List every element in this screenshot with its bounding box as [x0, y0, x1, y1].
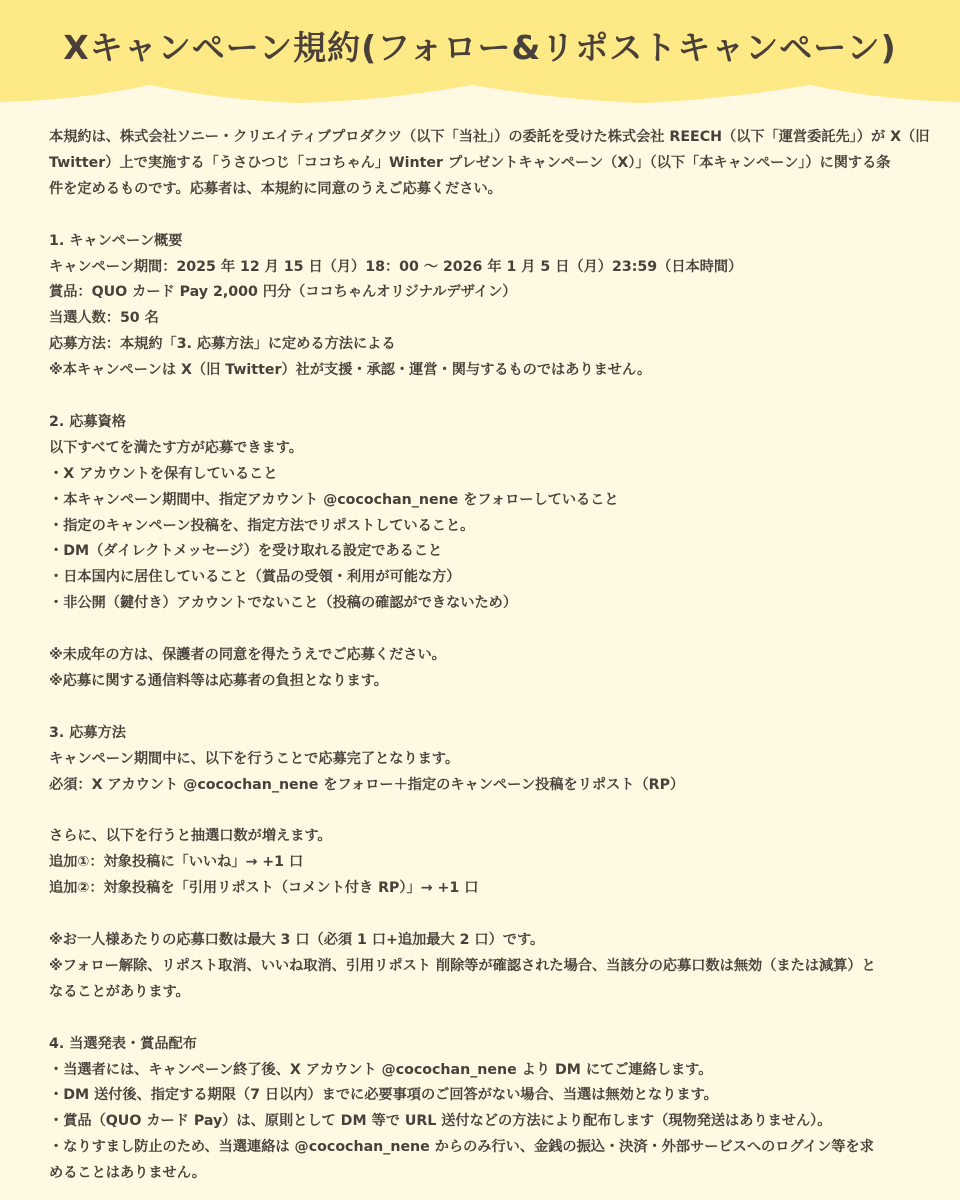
section-eligibility: 2. 応募資格 以下すべてを満たす方が応募できます。 ・X アカウントを保有して…: [49, 410, 919, 695]
terms-body: 本規約は、株式会社ソニー・クリエイティブプロダクツ（以下「当社」）の委託を受けた…: [49, 125, 919, 1187]
list-item: 追加②：対象投稿を「引用リポスト（コメント付き RP）」→ +1 口: [49, 876, 919, 902]
list-item: ・指定のキャンペーン投稿を、指定方法でリポストしていること。: [49, 514, 919, 540]
list-item: ・非公開（鍵付き）アカウントでないこと（投稿の確認ができないため）: [49, 591, 919, 617]
section-how-to-enter: 3. 応募方法 キャンペーン期間中に、以下を行うことで応募完了となります。 必須…: [49, 721, 919, 1006]
section-winner-announcement: 4. 当選発表・賞品配布 ・当選者には、キャンペーン終了後、X アカウント @c…: [49, 1032, 919, 1187]
entry-method: 応募方法：本規約「3. 応募方法」に定める方法による: [49, 332, 919, 358]
list-item: 追加①：対象投稿に「いいね」→ +1 口: [49, 850, 919, 876]
list-item: ・DM 送付後、指定する期限（7 日以内）までに必要事項のご回答がない場合、当選…: [49, 1083, 919, 1109]
note-line: ※未成年の方は、保護者の同意を得たうえでご応募ください。: [49, 643, 919, 669]
section-campaign-overview: 1. キャンペーン概要 キャンペーン期間：2025 年 12 月 15 日（月）…: [49, 229, 919, 384]
note-line: ※応募に関する通信料等は応募者の負担となります。: [49, 669, 919, 695]
note-line: ※お一人様あたりの応募口数は最大 3 口（必須 1 口+追加最大 2 口）です。: [49, 928, 919, 954]
list-item: ・DM（ダイレクトメッセージ）を受け取れる設定であること: [49, 539, 919, 565]
list-item: ・X アカウントを保有していること: [49, 462, 919, 488]
list-item: キャンペーン期間中に、以下を行うことで応募完了となります。: [49, 747, 919, 773]
intro-line: 本規約は、株式会社ソニー・クリエイティブプロダクツ（以下「当社」）の委託を受けた…: [49, 125, 919, 151]
section-heading: 1. キャンペーン概要: [49, 229, 919, 255]
intro-line: 件を定めるものです。応募者は、本規約に同意のうえご応募ください。: [49, 177, 919, 203]
intro-paragraph: 本規約は、株式会社ソニー・クリエイティブプロダクツ（以下「当社」）の委託を受けた…: [49, 125, 919, 203]
prize: 賞品：QUO カード Pay 2,000 円分（ココちゃんオリジナルデザイン）: [49, 280, 919, 306]
list-item: ・日本国内に居住していること（賞品の受領・利用が可能な方）: [49, 565, 919, 591]
list-item: ・本キャンペーン期間中、指定アカウント @cocochan_nene をフォロー…: [49, 488, 919, 514]
section-heading: 4. 当選発表・賞品配布: [49, 1032, 919, 1058]
section-heading: 2. 応募資格: [49, 410, 919, 436]
list-item: ・なりすまし防止のため、当選連絡は @cocochan_nene からのみ行い、…: [49, 1135, 919, 1161]
list-item: さらに、以下を行うと抽選口数が増えます。: [49, 824, 919, 850]
list-item: ・当選者には、キャンペーン終了後、X アカウント @cocochan_nene …: [49, 1058, 919, 1084]
disclaimer-note: ※本キャンペーンは X（旧 Twitter）社が支援・承認・運営・関与するもので…: [49, 358, 919, 384]
list-item: めることはありません。: [49, 1161, 919, 1187]
section-heading: 3. 応募方法: [49, 721, 919, 747]
note-line: なることがあります。: [49, 980, 919, 1006]
intro-line: Twitter）上で実施する「うさひつじ「ココちゃん」Winter プレゼントキ…: [49, 151, 919, 177]
page-header: Xキャンペーン規約(フォロー&リポストキャンペーン): [0, 0, 960, 105]
page-title: Xキャンペーン規約(フォロー&リポストキャンペーン): [0, 22, 960, 69]
list-item: 以下すべてを満たす方が応募できます。: [49, 436, 919, 462]
list-item: 必須：X アカウント @cocochan_nene をフォロー＋指定のキャンペー…: [49, 773, 919, 799]
winner-count: 当選人数：50 名: [49, 306, 919, 332]
note-line: ※フォロー解除、リポスト取消、いいね取消、引用リポスト 削除等が確認された場合、…: [49, 954, 919, 980]
campaign-period: キャンペーン期間：2025 年 12 月 15 日（月）18：00 ～ 2026…: [49, 255, 919, 281]
list-item: ・賞品（QUO カード Pay）は、原則として DM 等で URL 送付などの方…: [49, 1109, 919, 1135]
